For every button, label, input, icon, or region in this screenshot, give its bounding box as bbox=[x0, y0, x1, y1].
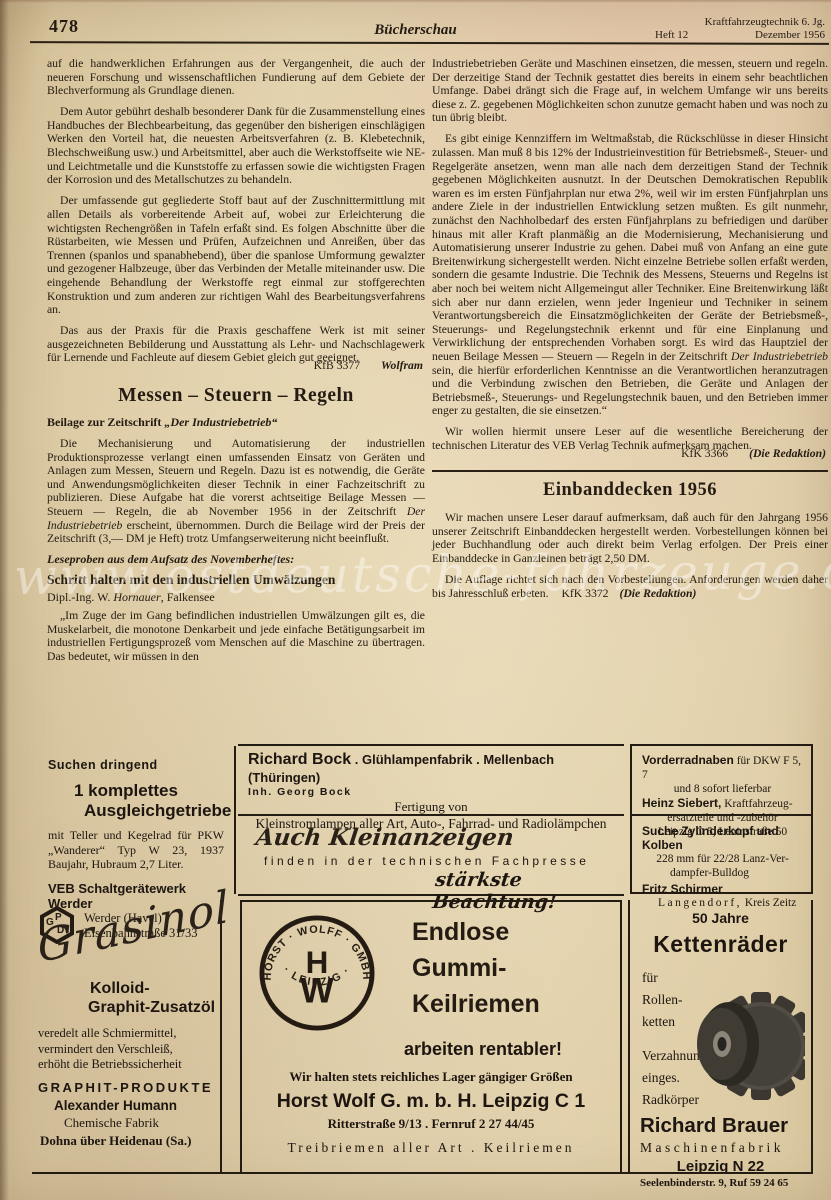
ad-company: Alexander Humann bbox=[54, 1098, 177, 1113]
paragraph: Die Mechanisierung und Automatisierung d… bbox=[47, 437, 425, 546]
paragraph: Wir machen unsere Leser darauf aufmerksa… bbox=[432, 511, 828, 565]
ad-company-line: Maschinenfabrik bbox=[640, 1140, 801, 1156]
ad-owner: Inh. Georg Bock bbox=[248, 786, 614, 798]
ad-body: einges. bbox=[642, 1070, 680, 1086]
paragraph: Industriebetrieben Geräte und Maschinen … bbox=[432, 57, 828, 125]
ad-body: Wir halten stets reichliches Lager gängi… bbox=[242, 1069, 620, 1085]
subheading: Beilage zur Zeitschrift „Der Industriebe… bbox=[47, 416, 425, 430]
svg-text:W: W bbox=[300, 971, 334, 1011]
ad-richard-bock: Richard Bock . Glühlampenfabrik . Mellen… bbox=[238, 744, 624, 816]
ad-schirmer: Suche Zylinderkopf und Kolben 228 mm für… bbox=[632, 820, 811, 910]
subheading-text: Beilage zur Zeitschrift bbox=[47, 415, 164, 429]
paragraph: auf die handwerklichen Erfahrungen aus d… bbox=[47, 57, 425, 98]
ad-body: veredelt alle Schmiermittel, vermindert … bbox=[38, 1026, 182, 1073]
ad-body: ketten bbox=[642, 1014, 675, 1030]
paragraph: „Im Zuge der im Gang befindlichen indust… bbox=[47, 609, 425, 663]
ad-body-line: erhöht die Betriebssicherheit bbox=[38, 1057, 182, 1073]
sprocket-illustration bbox=[689, 972, 805, 1125]
paragraph: Die Auflage richtet sich nach den Vorbes… bbox=[432, 573, 828, 600]
journal-title-italic: Der Industriebetrieb bbox=[731, 350, 828, 363]
advertisement-section: Suchen dringend 1 komplettes Ausgleichge… bbox=[30, 742, 816, 1182]
ad-grasinol: G P D Grasinol Kolloid- Graphit-Zusatzöl… bbox=[32, 900, 222, 1174]
ad-script-line: Auch Kleinanzeigen bbox=[254, 824, 515, 851]
ad-headline: Endlose bbox=[412, 914, 540, 950]
section-divider-rule bbox=[432, 470, 828, 472]
ad-company-line: GRAPHIT-PRODUKTE bbox=[38, 1080, 213, 1095]
ad-classifieds-box: Vorderradnaben für DKW F 5, 7 und 8 sofo… bbox=[630, 744, 813, 894]
left-column: auf die handwerklichen Erfahrungen aus d… bbox=[47, 57, 425, 671]
journal-name: Kraftfahrzeugtechnik 6. Jg. bbox=[655, 16, 825, 29]
ad-company: Horst Wolf G. m. b. H. Leipzig C 1 bbox=[242, 1090, 620, 1113]
reviewer-name: Wolfram bbox=[381, 359, 423, 372]
ad-company: Heinz Siebert, bbox=[642, 796, 721, 810]
ad-body-line: veredelt alle Schmiermittel, bbox=[38, 1026, 182, 1042]
paragraph: Es gibt einige Kennziffern im Weltmaßsta… bbox=[432, 132, 828, 417]
paragraph-text: Die Mechanisierung und Automatisierung d… bbox=[47, 437, 425, 518]
issue-number: Heft 12 bbox=[655, 29, 688, 42]
ad-body: Fertigung von bbox=[248, 799, 614, 815]
byline-text: Dipl.-Ing. W. bbox=[47, 590, 113, 604]
ad-body: und 8 sofort lieferbar bbox=[642, 782, 803, 796]
header-rule bbox=[30, 41, 829, 45]
ad-body: Chemische Fabrik bbox=[64, 1115, 159, 1131]
ad-body: finden in der technischen Fachpresse bbox=[264, 854, 610, 868]
section-heading-einbanddecken: Einbanddecken 1956 bbox=[432, 480, 828, 501]
horst-wolf-circle-logo-icon: HORST · WOLFF · GMBH · LEIPZIG · H W bbox=[258, 914, 376, 1037]
ad-headline: Graphit-Zusatzöl bbox=[88, 999, 215, 1017]
ad-intro: Suchen dringend bbox=[48, 758, 224, 772]
ad-headline: Ausgleichgetriebe bbox=[84, 801, 224, 821]
paragraph-text: Es gibt einige Kennziffern im Weltmaßsta… bbox=[432, 132, 828, 363]
ad-address: Ritterstraße 9/13 . Fernruf 2 27 44/45 bbox=[242, 1116, 620, 1132]
editorial-code: KfK 3372 bbox=[561, 587, 608, 600]
ad-richard-brauer: 50 Jahre Kettenräder für Rollen- ketten … bbox=[628, 900, 813, 1172]
text-columns: auf die handwerklichen Erfahrungen aus d… bbox=[47, 57, 828, 671]
ad-body: Kraftfahrzeug- bbox=[721, 798, 792, 810]
ad-slogan: arbeiten rentabler! bbox=[242, 1039, 620, 1060]
ad-ausgleichgetriebe: Suchen dringend 1 komplettes Ausgleichge… bbox=[32, 746, 236, 894]
byline: Dipl.-Ing. W. Hornauer, Falkensee bbox=[47, 591, 425, 605]
ad-headline: Suche Zylinderkopf und Kolben bbox=[642, 824, 803, 852]
paragraph: Dem Autor gebührt deshalb besonderer Dan… bbox=[47, 105, 425, 187]
ad-body: Rollen- bbox=[642, 992, 683, 1008]
article-title: Schritt halten mit den industriellen Umw… bbox=[47, 573, 425, 587]
ads-bottom-rule bbox=[32, 1172, 813, 1174]
ad-horst-wolf: HORST · WOLFF · GMBH · LEIPZIG · H W End… bbox=[240, 900, 622, 1174]
paragraph: Der umfassende gut gegliederte Stoff bau… bbox=[47, 194, 425, 316]
editorial-code: KfK 3366 bbox=[681, 447, 728, 460]
lead-in-line: Leseproben aus dem Aufsatz des Novemberh… bbox=[47, 553, 425, 567]
journal-info: Kraftfahrzeugtechnik 6. Jg. Heft 12 Deze… bbox=[655, 16, 825, 42]
ad-headline: Keilriemen bbox=[412, 986, 540, 1022]
classifieds-divider bbox=[632, 814, 811, 816]
ad-headline: Gummi- bbox=[412, 950, 540, 986]
ad-headline: Richard Bock . Glühlampenfabrik . Mellen… bbox=[248, 751, 614, 787]
right-column: Industriebetrieben Geräte und Maschinen … bbox=[432, 57, 828, 671]
ad-headline: Kolloid- bbox=[90, 980, 150, 998]
author-name-italic: Hornauer bbox=[113, 590, 160, 604]
ad-headline: Kettenräder bbox=[640, 931, 801, 958]
ad-headline-block: Endlose Gummi- Keilriemen bbox=[412, 914, 540, 1037]
ad-kleinanzeigen: Auch Kleinanzeigen finden in der technis… bbox=[238, 816, 624, 896]
journal-title-italic: „Der Industriebetrieb“ bbox=[164, 415, 277, 429]
ad-body: mit Teller und Kegelrad für PKW „Wandere… bbox=[48, 828, 224, 872]
byline-text: , Falkensee bbox=[161, 590, 215, 604]
review-code: KfB 3377 bbox=[314, 359, 360, 372]
ad-company: Richard Bock bbox=[248, 751, 351, 768]
issue-date: Dezember 1956 bbox=[755, 29, 825, 42]
editorial-signature: (Die Redaktion) bbox=[619, 587, 696, 600]
editorial-signature: (Die Redaktion) bbox=[749, 447, 826, 460]
ad-body: für bbox=[642, 970, 658, 986]
paragraph-text: sein, die hierfür erforderlichen Kenntni… bbox=[432, 364, 828, 418]
ad-footer: Treibriemen aller Art . Keilriemen bbox=[242, 1140, 620, 1156]
ad-headline: 1 komplettes bbox=[74, 781, 224, 801]
ad-anniversary: 50 Jahre bbox=[640, 910, 801, 926]
ad-company: Fritz Schirmer bbox=[642, 882, 803, 896]
ad-body: 228 mm für 22/28 Lanz-Ver- bbox=[642, 852, 803, 866]
ad-address: Seelenbinderstr. 9, Ruf 59 24 65 bbox=[640, 1177, 801, 1189]
magazine-page-scan: 478 Bücherschau Kraftfahrzeugtechnik 6. … bbox=[0, 0, 831, 1200]
section-heading-messen-steuern-regeln: Messen – Steuern – Regeln bbox=[47, 385, 425, 407]
ad-address: Dohna über Heidenau (Sa.) bbox=[40, 1133, 191, 1149]
ad-headline: Vorderradnaben bbox=[642, 753, 734, 767]
ad-body: dampfer-Bulldog bbox=[670, 866, 803, 880]
ad-body-line: vermindert den Verschleiß, bbox=[38, 1042, 182, 1058]
